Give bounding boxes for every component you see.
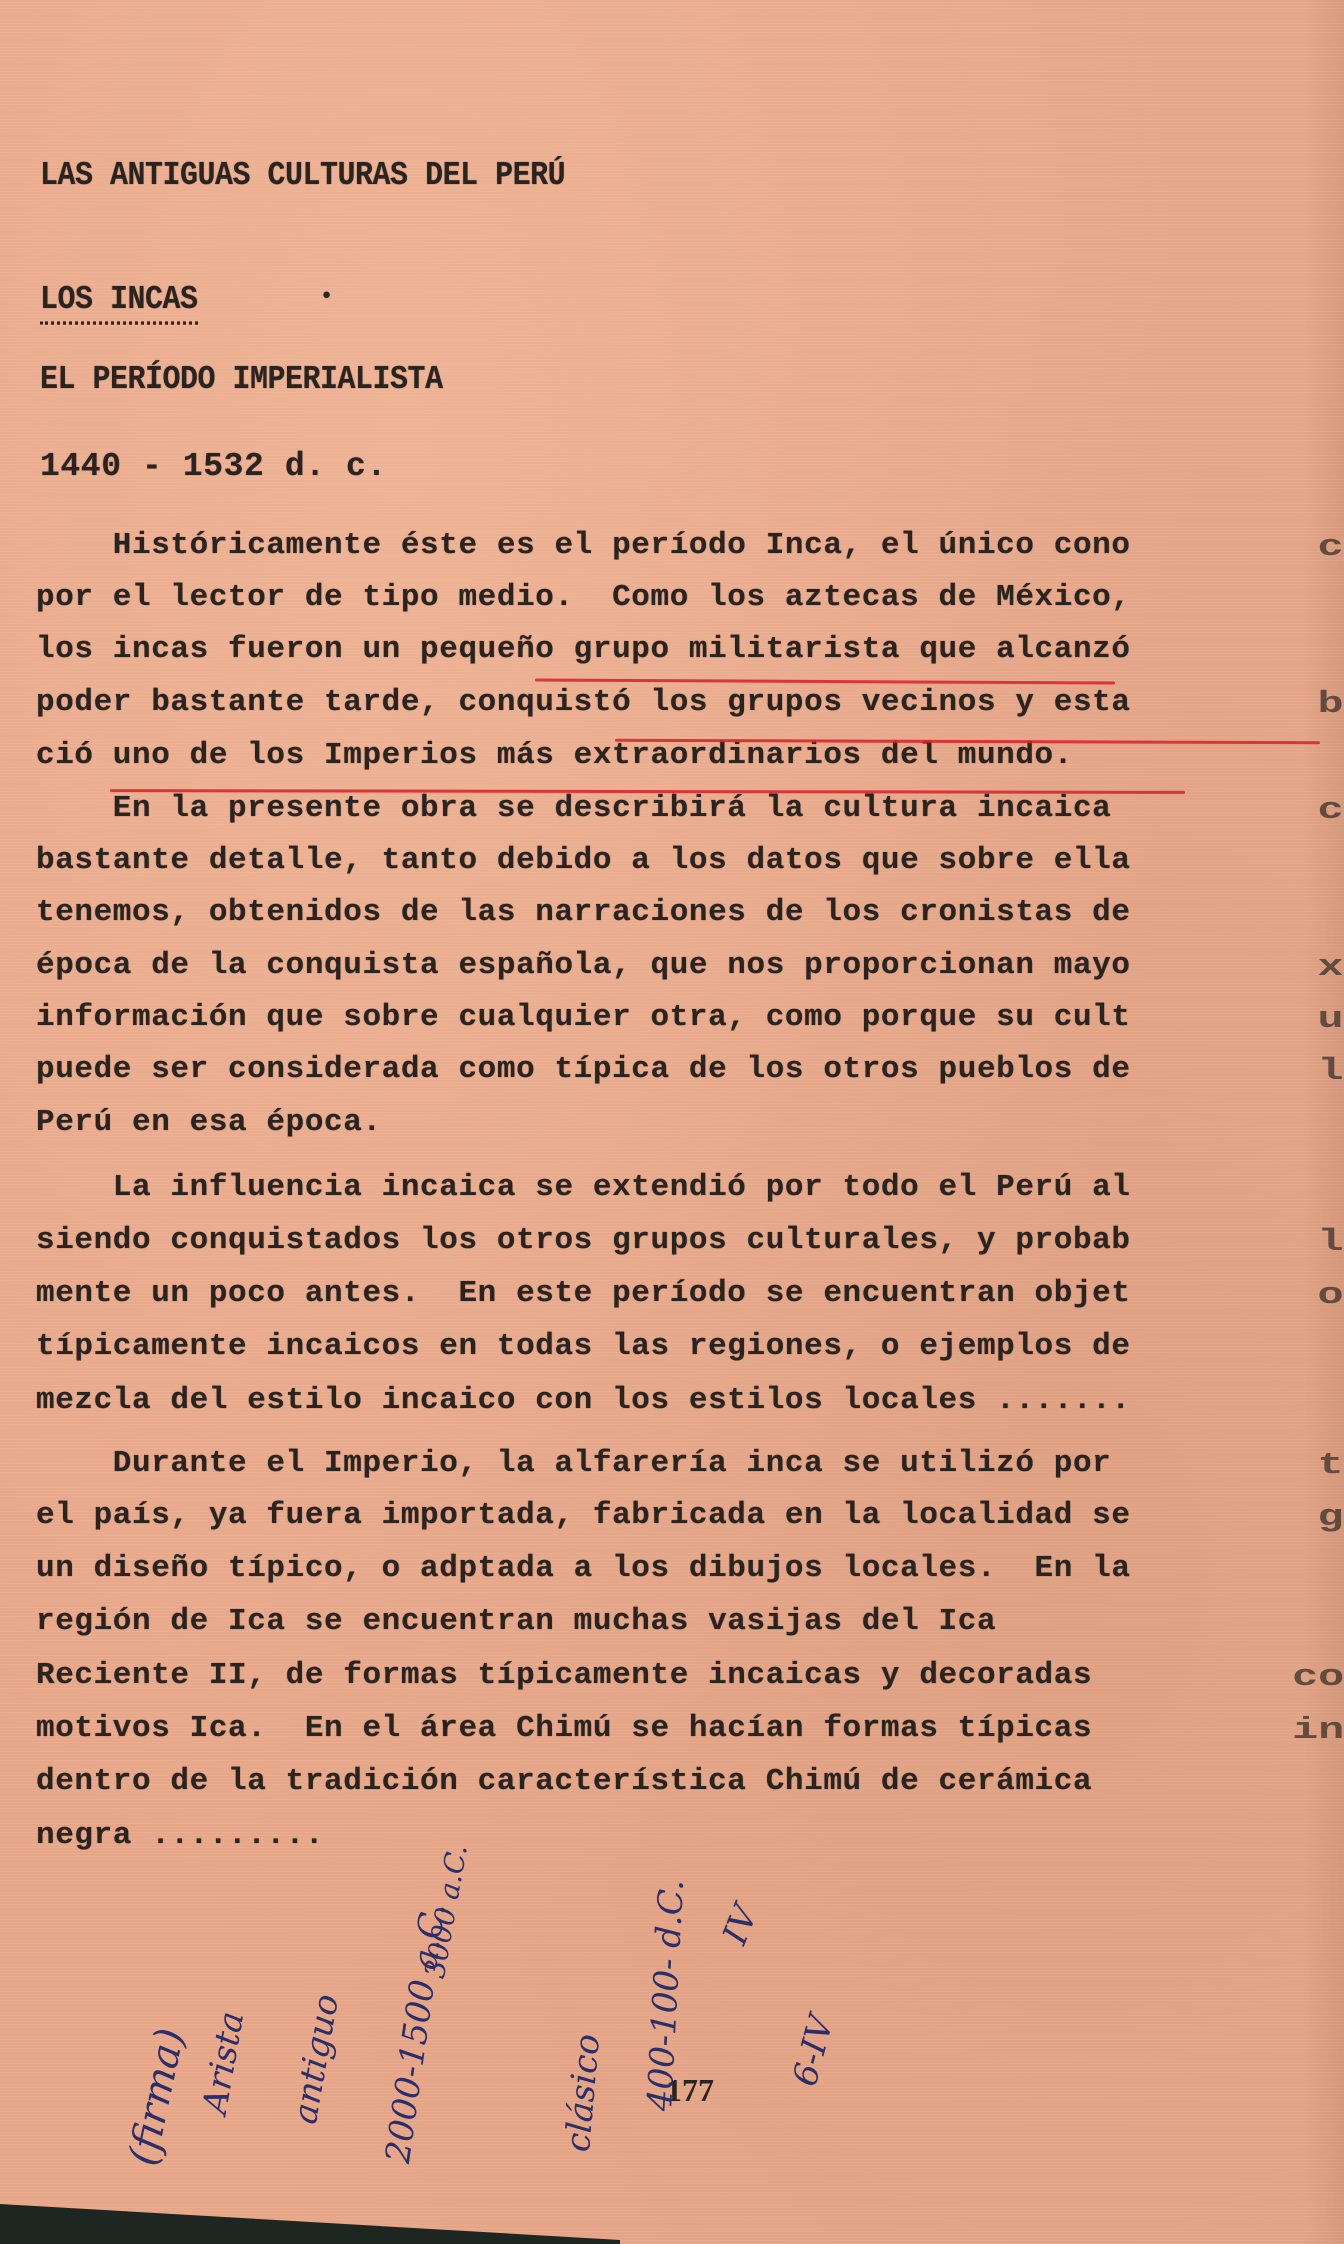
edge-fragment: x: [1318, 950, 1344, 985]
edge-fragment: t: [1318, 1448, 1344, 1483]
section-heading: LOS INCAS: [40, 284, 198, 325]
edge-fragment: l: [1318, 1225, 1344, 1260]
text-line: motivos Ica. En el área Chimú se hacían …: [36, 1713, 1092, 1744]
text-line: dentro de la tradición característica Ch…: [36, 1766, 1092, 1797]
edge-fragment: u: [1318, 1002, 1344, 1037]
text-line: La influencia incaica se extendió por to…: [36, 1172, 1131, 1203]
text-line: región de Ica se encuentran muchas vasij…: [36, 1606, 996, 1637]
text-line: mezcla del estilo incaico con los estilo…: [36, 1385, 1131, 1416]
text-line: puede ser considerada como típica de los…: [36, 1054, 1131, 1085]
edge-fragment: c: [1318, 793, 1344, 828]
date-range: 1440 - 1532 d. c.: [40, 450, 387, 483]
ink-blot: •: [320, 286, 334, 308]
text-line: Perú en esa época.: [36, 1107, 382, 1138]
text-line: un diseño típico, o adptada a los dibujo…: [36, 1553, 1131, 1584]
text-line: el país, ya fuera importada, fabricada e…: [36, 1500, 1131, 1531]
text-line: mente un poco antes. En este período se …: [36, 1278, 1131, 1309]
text-line: En la presente obra se describirá la cul…: [36, 793, 1111, 824]
page-edge-shadow: [1302, 0, 1344, 2244]
text-line: bastante detalle, tanto debido a los dat…: [36, 845, 1131, 876]
edge-fragment: b: [1318, 687, 1344, 722]
subsection-heading: EL PERÍODO IMPERIALISTA: [40, 364, 443, 397]
edge-fragment: in: [1292, 1713, 1344, 1748]
text-line: Reciente II, de formas típicamente incai…: [36, 1660, 1092, 1691]
edge-fragment: l: [1318, 1054, 1344, 1089]
text-line: información que sobre cualquier otra, co…: [36, 1002, 1131, 1033]
text-line: típicamente incaicos en todas las region…: [36, 1331, 1131, 1362]
text-line: Históricamente éste es el período Inca, …: [36, 530, 1131, 561]
edge-fragment: co: [1292, 1660, 1344, 1695]
text-line: siendo conquistados los otros grupos cul…: [36, 1225, 1131, 1256]
edge-fragment: o: [1318, 1278, 1344, 1313]
text-line: Durante el Imperio, la alfarería inca se…: [36, 1448, 1111, 1479]
text-line: por el lector de tipo medio. Como los az…: [36, 582, 1131, 613]
edge-fragment: g: [1318, 1500, 1344, 1535]
text-line: los incas fueron un pequeño grupo milita…: [36, 634, 1131, 665]
text-line: ció uno de los Imperios más extraordinar…: [36, 740, 1073, 771]
text-line: época de la conquista española, que nos …: [36, 950, 1131, 981]
text-line: tenemos, obtenidos de las narraciones de…: [36, 897, 1131, 928]
edge-fragment: c: [1318, 530, 1344, 565]
text-line: poder bastante tarde, conquistó los grup…: [36, 687, 1131, 718]
text-line: negra .........: [36, 1820, 324, 1851]
document-title: LAS ANTIGUAS CULTURAS DEL PERÚ: [40, 160, 565, 193]
